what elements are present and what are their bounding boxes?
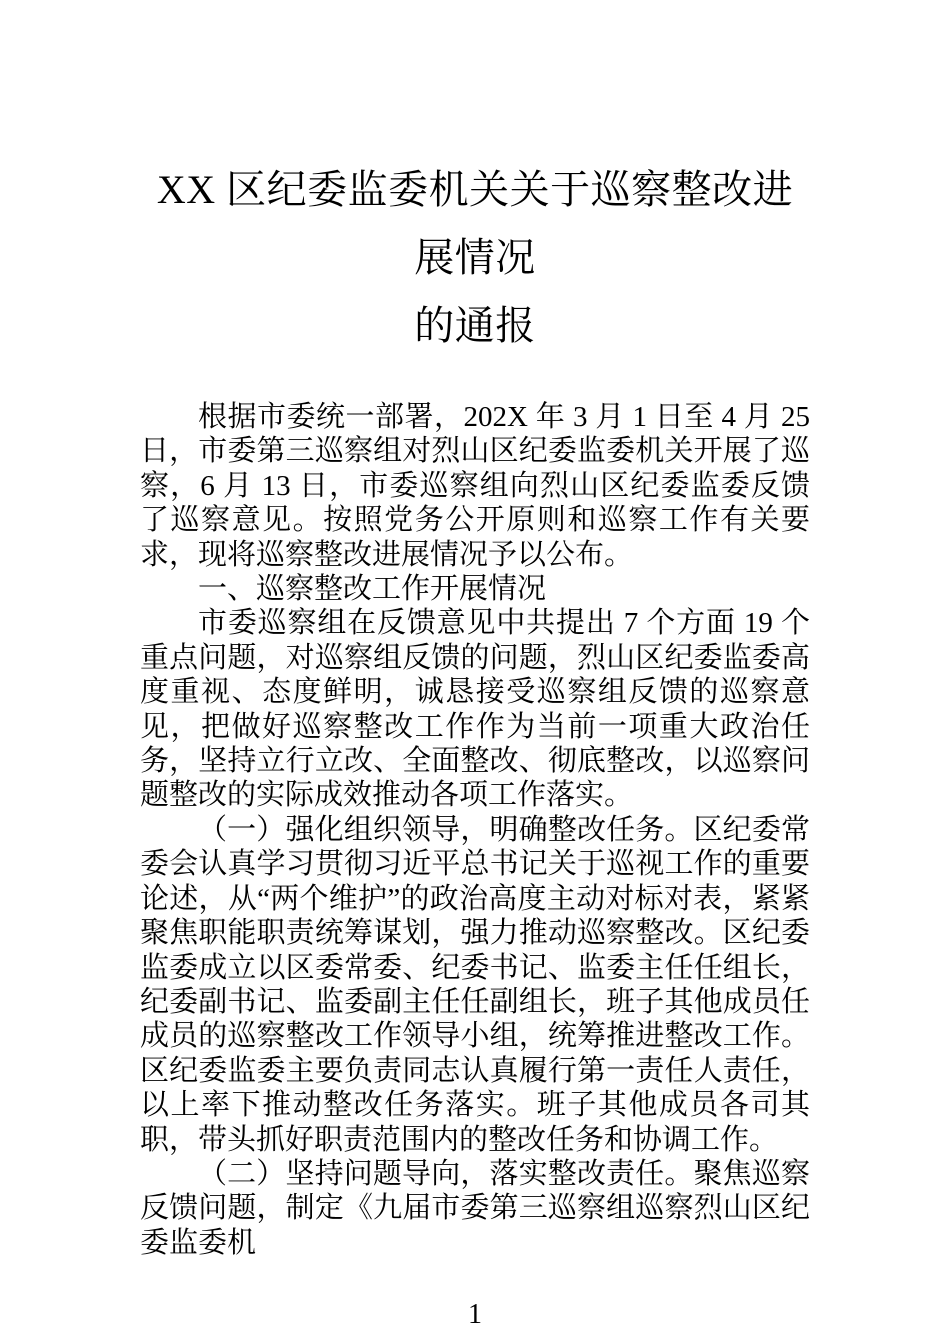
page-footer: 1 — [140, 1298, 810, 1332]
paragraph-intro: 根据市委统一部署，202X 年 3 月 1 日至 4 月 25 日，市委第三巡察… — [140, 400, 810, 572]
document-title-line-2: 的通报 — [140, 292, 810, 360]
paragraph-item-1: （一）强化组织领导，明确整改任务。区纪委常委会认真学习贯彻习近平总书记关于巡视工… — [140, 813, 810, 1157]
document-title: XX 区纪委监委机关关于巡察整改进展情况 的通报 — [140, 156, 810, 360]
paragraph-overview: 市委巡察组在反馈意见中共提出 7 个方面 19 个重点问题，对巡察组反馈的问题，… — [140, 606, 810, 812]
paragraph-item-2: （二）坚持问题导向，落实整改责任。聚焦巡察反馈问题，制定《九届市委第三巡察组巡察… — [140, 1157, 810, 1260]
document-title-line-1: XX 区纪委监委机关关于巡察整改进展情况 — [140, 156, 810, 292]
section-heading-1: 一、巡察整改工作开展情况 — [140, 572, 810, 606]
document-body: 根据市委统一部署，202X 年 3 月 1 日至 4 月 25 日，市委第三巡察… — [140, 400, 810, 1260]
document-page: XX 区纪委监委机关关于巡察整改进展情况 的通报 根据市委统一部署，202X 年… — [0, 0, 950, 1344]
page-number: 1 — [468, 1299, 482, 1330]
document-content: XX 区纪委监委机关关于巡察整改进展情况 的通报 根据市委统一部署，202X 年… — [140, 156, 810, 1332]
